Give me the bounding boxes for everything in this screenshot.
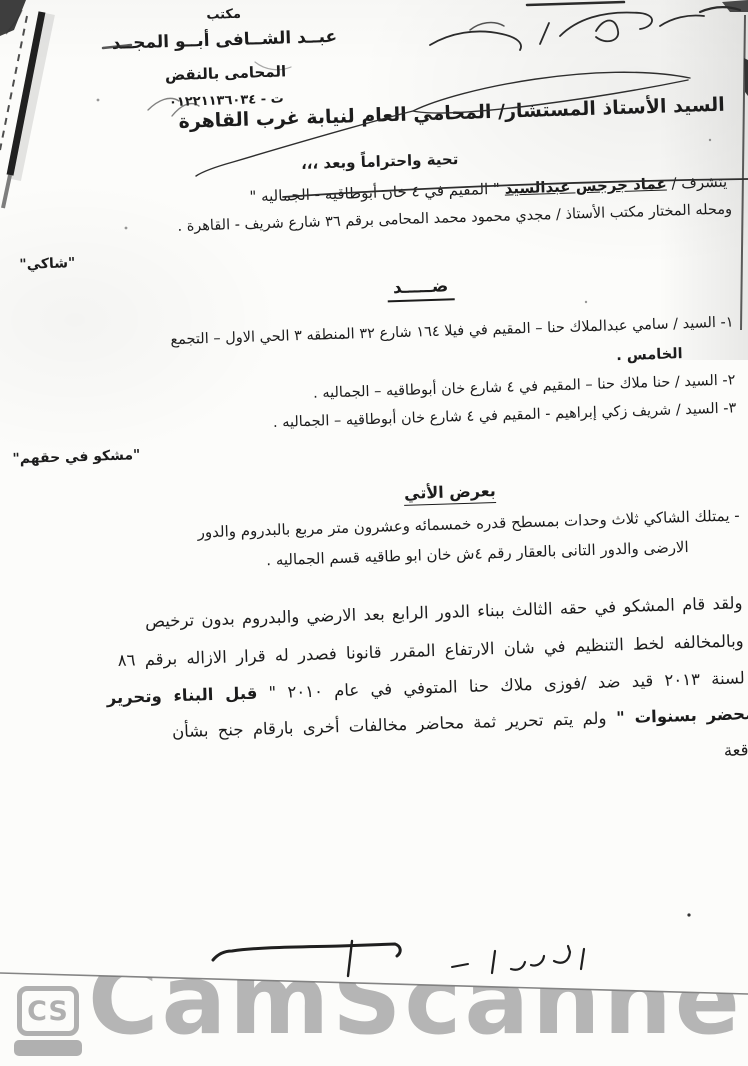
respondents-role-label: "مشكو في حقهم" xyxy=(12,447,140,467)
scanned-document-page: مكتب عبــد الشــافى أبــو المجــد المحام… xyxy=(0,0,748,1066)
complainant-line: يتشرف / عماد جرجس عبدالسيد " المقيم في ٤… xyxy=(249,173,727,206)
complainant-name: عماد جرجس عبدالسيد xyxy=(504,175,667,198)
camscanner-logo-cs-text: CS xyxy=(17,986,79,1036)
complainant-address-line: ومحله المختار مكتب الأستاذ / مجدي محمود … xyxy=(177,201,732,234)
respondent-1-line1: ١- السيد / سامي عبدالملاك حنا – المقيم ف… xyxy=(170,314,734,348)
body-para2-line2: وبالمخالفه لخط التنظيم في شان الارتفاع ا… xyxy=(117,631,744,670)
para2-line3-quoted: قبل البناء وتحرير xyxy=(106,684,257,708)
camscanner-logo-icon: CS xyxy=(14,984,84,1060)
complainant-prefix: يتشرف / xyxy=(666,173,727,193)
body-para2-line1: ولقد قام المشكو في حقه الثالث ببناء الدو… xyxy=(145,593,743,631)
respondent-3-line: ٣- السيد / شريف زكي إبراهيم - المقيم في … xyxy=(273,400,737,431)
body-para1-line1: - يمتلك الشاكي ثلاث وحدات بمسطح قدره خمس… xyxy=(197,506,740,541)
complainant-role-label: "شاكي" xyxy=(19,255,75,273)
para2-line4-quoted: المحضر بسنوات " xyxy=(606,704,748,728)
letterhead-lawyer-name: عبــد الشــافى أبــو المجــد xyxy=(74,26,374,55)
subject-heading: بعرض الأتي xyxy=(404,481,496,506)
complainant-residence: " المقيم في ٤ خان أبوطاقيه - الجماليه " xyxy=(249,180,505,206)
letterhead: مكتب عبــد الشــافى أبــو المجــد المحام… xyxy=(74,3,377,113)
body-para1-line2: الارضى والدور التانى بالعقار رقم ٤ش خان … xyxy=(266,538,689,569)
versus-heading: ضـــــد xyxy=(387,276,455,302)
para2-line3-text: لسنة ٢٠١٣ قيد ضد /فوزى ملاك حنا المتوفي … xyxy=(257,668,745,702)
para2-line4-text: ولم يتم تحرير ثمة محاضر مخالفات أخرى بار… xyxy=(172,709,607,742)
respondent-2-line: ٢- السيد / حنا ملاك حنا – المقيم في ٤ شا… xyxy=(313,372,736,401)
respondent-1-line2: الخامس . xyxy=(616,346,683,364)
letterhead-bar-title: المحامى بالنقض xyxy=(75,60,375,87)
body-para2-line3: لسنة ٢٠١٣ قيد ضد /فوزى ملاك حنا المتوفي … xyxy=(106,668,745,707)
greeting-line: تحية واحتراماً وبعد ،،، xyxy=(301,150,459,173)
body-para2-line5: واقعة xyxy=(723,740,748,760)
letterhead-office-word: مكتب xyxy=(74,3,374,27)
camscanner-logo-bar xyxy=(14,1040,82,1056)
letter-content: مكتب عبــد الشــافى أبــو المجــد المحام… xyxy=(0,0,748,1013)
body-para2-line4: المحضر بسنوات " ولم يتم تحرير ثمة محاضر … xyxy=(172,704,748,742)
